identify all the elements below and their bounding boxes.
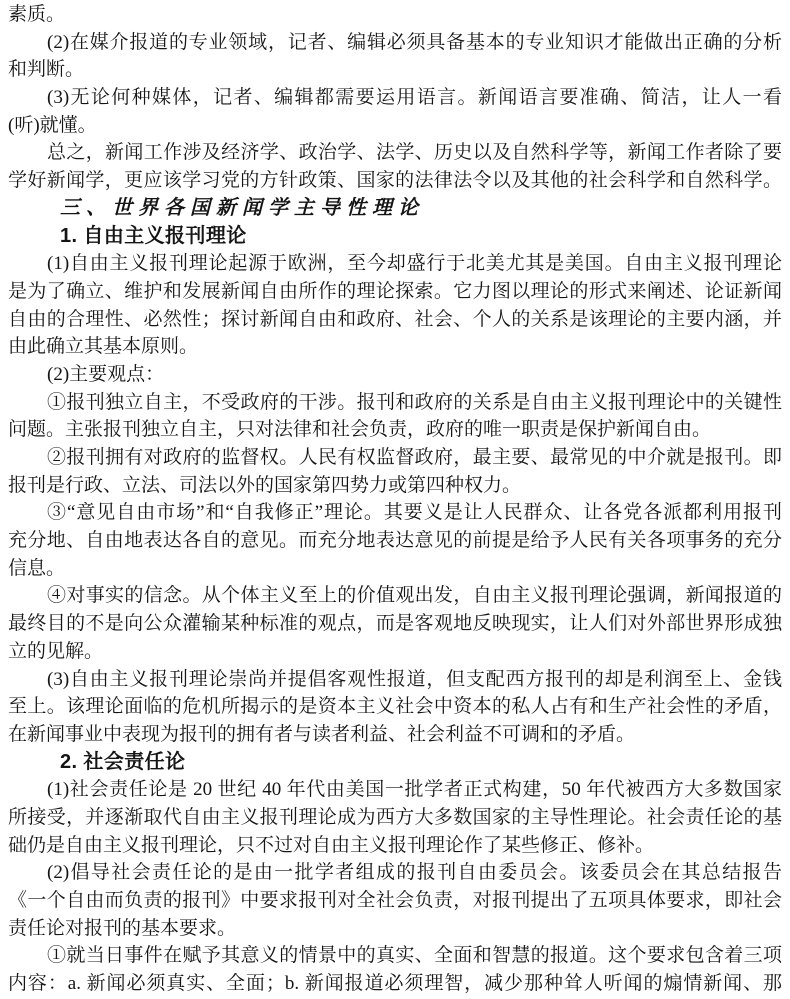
text-line: 充分地、自由地表达各自的意见。而充分地表达意见的前提是给予人民有关各项事务的充分 — [8, 527, 782, 555]
text-line: ①就当日事件在赋予其意义的情景中的真实、全面和智慧的报道。这个要求包含着三项 — [8, 942, 782, 970]
document-page: 素质。 (2)在媒介报道的专业领域，记者、编辑必须具备基本的专业知识才能做出正确… — [0, 0, 790, 999]
text-line: ③“意见自由市场”和“自我修正”理论。其要义是让人民群众、让各党各派都利用报刊 — [8, 499, 782, 527]
text-line: (1)社会责任论是 20 世纪 40 年代由美国一批学者正式构建，50 年代被西… — [8, 776, 782, 804]
text-line: (3)无论何种媒体，记者、编辑都需要运用语言。新闻语言要准确、简洁，让人一看 — [8, 84, 782, 112]
text-line: 问题。主张报刊独立自主，只对法律和社会负责，政府的唯一职责是保护新闻自由。 — [8, 416, 782, 444]
text-line: (2)主要观点： — [8, 361, 782, 389]
text-line: ①报刊独立自主，不受政府的干涉。报刊和政府的关系是自由主义报刊理论中的关键性 — [8, 389, 782, 417]
text-line: ②报刊拥有对政府的监督权。人民有权监督政府，最主要、最常见的中介就是报刊。即 — [8, 444, 782, 472]
text-line: (2)在媒介报道的专业领域，记者、编辑必须具备基本的专业知识才能做出正确的分析 — [8, 29, 782, 57]
text-line: 责任论对报刊的基本要求。 — [8, 915, 782, 943]
text-line: 立的见解。 — [8, 638, 782, 666]
text-line: ④对事实的信念。从个体主义至上的价值观出发，自由主义报刊理论强调，新闻报道的 — [8, 582, 782, 610]
text-line: 素质。 — [8, 1, 782, 29]
text-line: 内容：a. 新闻必须真实、全面；b. 新闻报道必须理智，减少那种耸人听闻的煽情新… — [8, 970, 782, 998]
text-line: 报刊是行政、立法、司法以外的国家第四势力或第四种权力。 — [8, 472, 782, 500]
subsection-heading-1: 1. 自由主义报刊理论 — [8, 223, 782, 251]
text-line: (2)倡导社会责任论的是由一批学者组成的报刊自由委员会。该委员会在其总结报告 — [8, 859, 782, 887]
text-line: 础仍是自由主义报刊理论，只不过对自由主义报刊理论作了某些修正、修补。 — [8, 832, 782, 860]
text-line: 是为了确立、维护和发展新闻自由所作的理论探索。它力图以理论的形式来阐述、论证新闻 — [8, 278, 782, 306]
text-line: (3)自由主义报刊理论崇尚并提倡客观性报道，但支配西方报刊的却是利润至上、金钱 — [8, 666, 782, 694]
text-line: (听)就懂。 — [8, 112, 782, 140]
subsection-heading-2: 2. 社会责任论 — [8, 749, 782, 777]
text-line: 和判断。 — [8, 56, 782, 84]
text-line: 总之，新闻工作涉及经济学、政治学、法学、历史以及自然科学等，新闻工作者除了要 — [8, 139, 782, 167]
text-line: 至上。该理论面临的危机所揭示的是资本主义社会中资本的私人占有和生产社会性的矛盾， — [8, 693, 782, 721]
text-line: 《一个自由而负责的报刊》中要求报刊对全社会负责，对报刊提出了五项具体要求，即社会 — [8, 887, 782, 915]
text-line: 学好新闻学，更应该学习党的方针政策、国家的法律法令以及其他的社会科学和自然科学。 — [8, 167, 782, 195]
text-line: 最终目的不是向公众灌输某种标准的观点，而是客观地反映现实，让人们对外部世界形成独 — [8, 610, 782, 638]
text-line: 在新闻事业中表现为报刊的拥有者与读者利益、社会利益不可调和的矛盾。 — [8, 721, 782, 749]
text-line: 信息。 — [8, 555, 782, 583]
text-line: 所接受，并逐渐取代自由主义报刊理论成为西方大多数国家的主导性理论。社会责任论的基 — [8, 804, 782, 832]
text-line: 由此确立其基本原则。 — [8, 333, 782, 361]
text-line: 自由的合理性、必然性；探讨新闻自由和政府、社会、个人的关系是该理论的主要内涵，并 — [8, 306, 782, 334]
text-line: (1)自由主义报刊理论起源于欧洲，至今却盛行于北美尤其是美国。自由主义报刊理论 — [8, 250, 782, 278]
section-heading: 三、世界各国新闻学主导性理论 — [8, 195, 782, 223]
